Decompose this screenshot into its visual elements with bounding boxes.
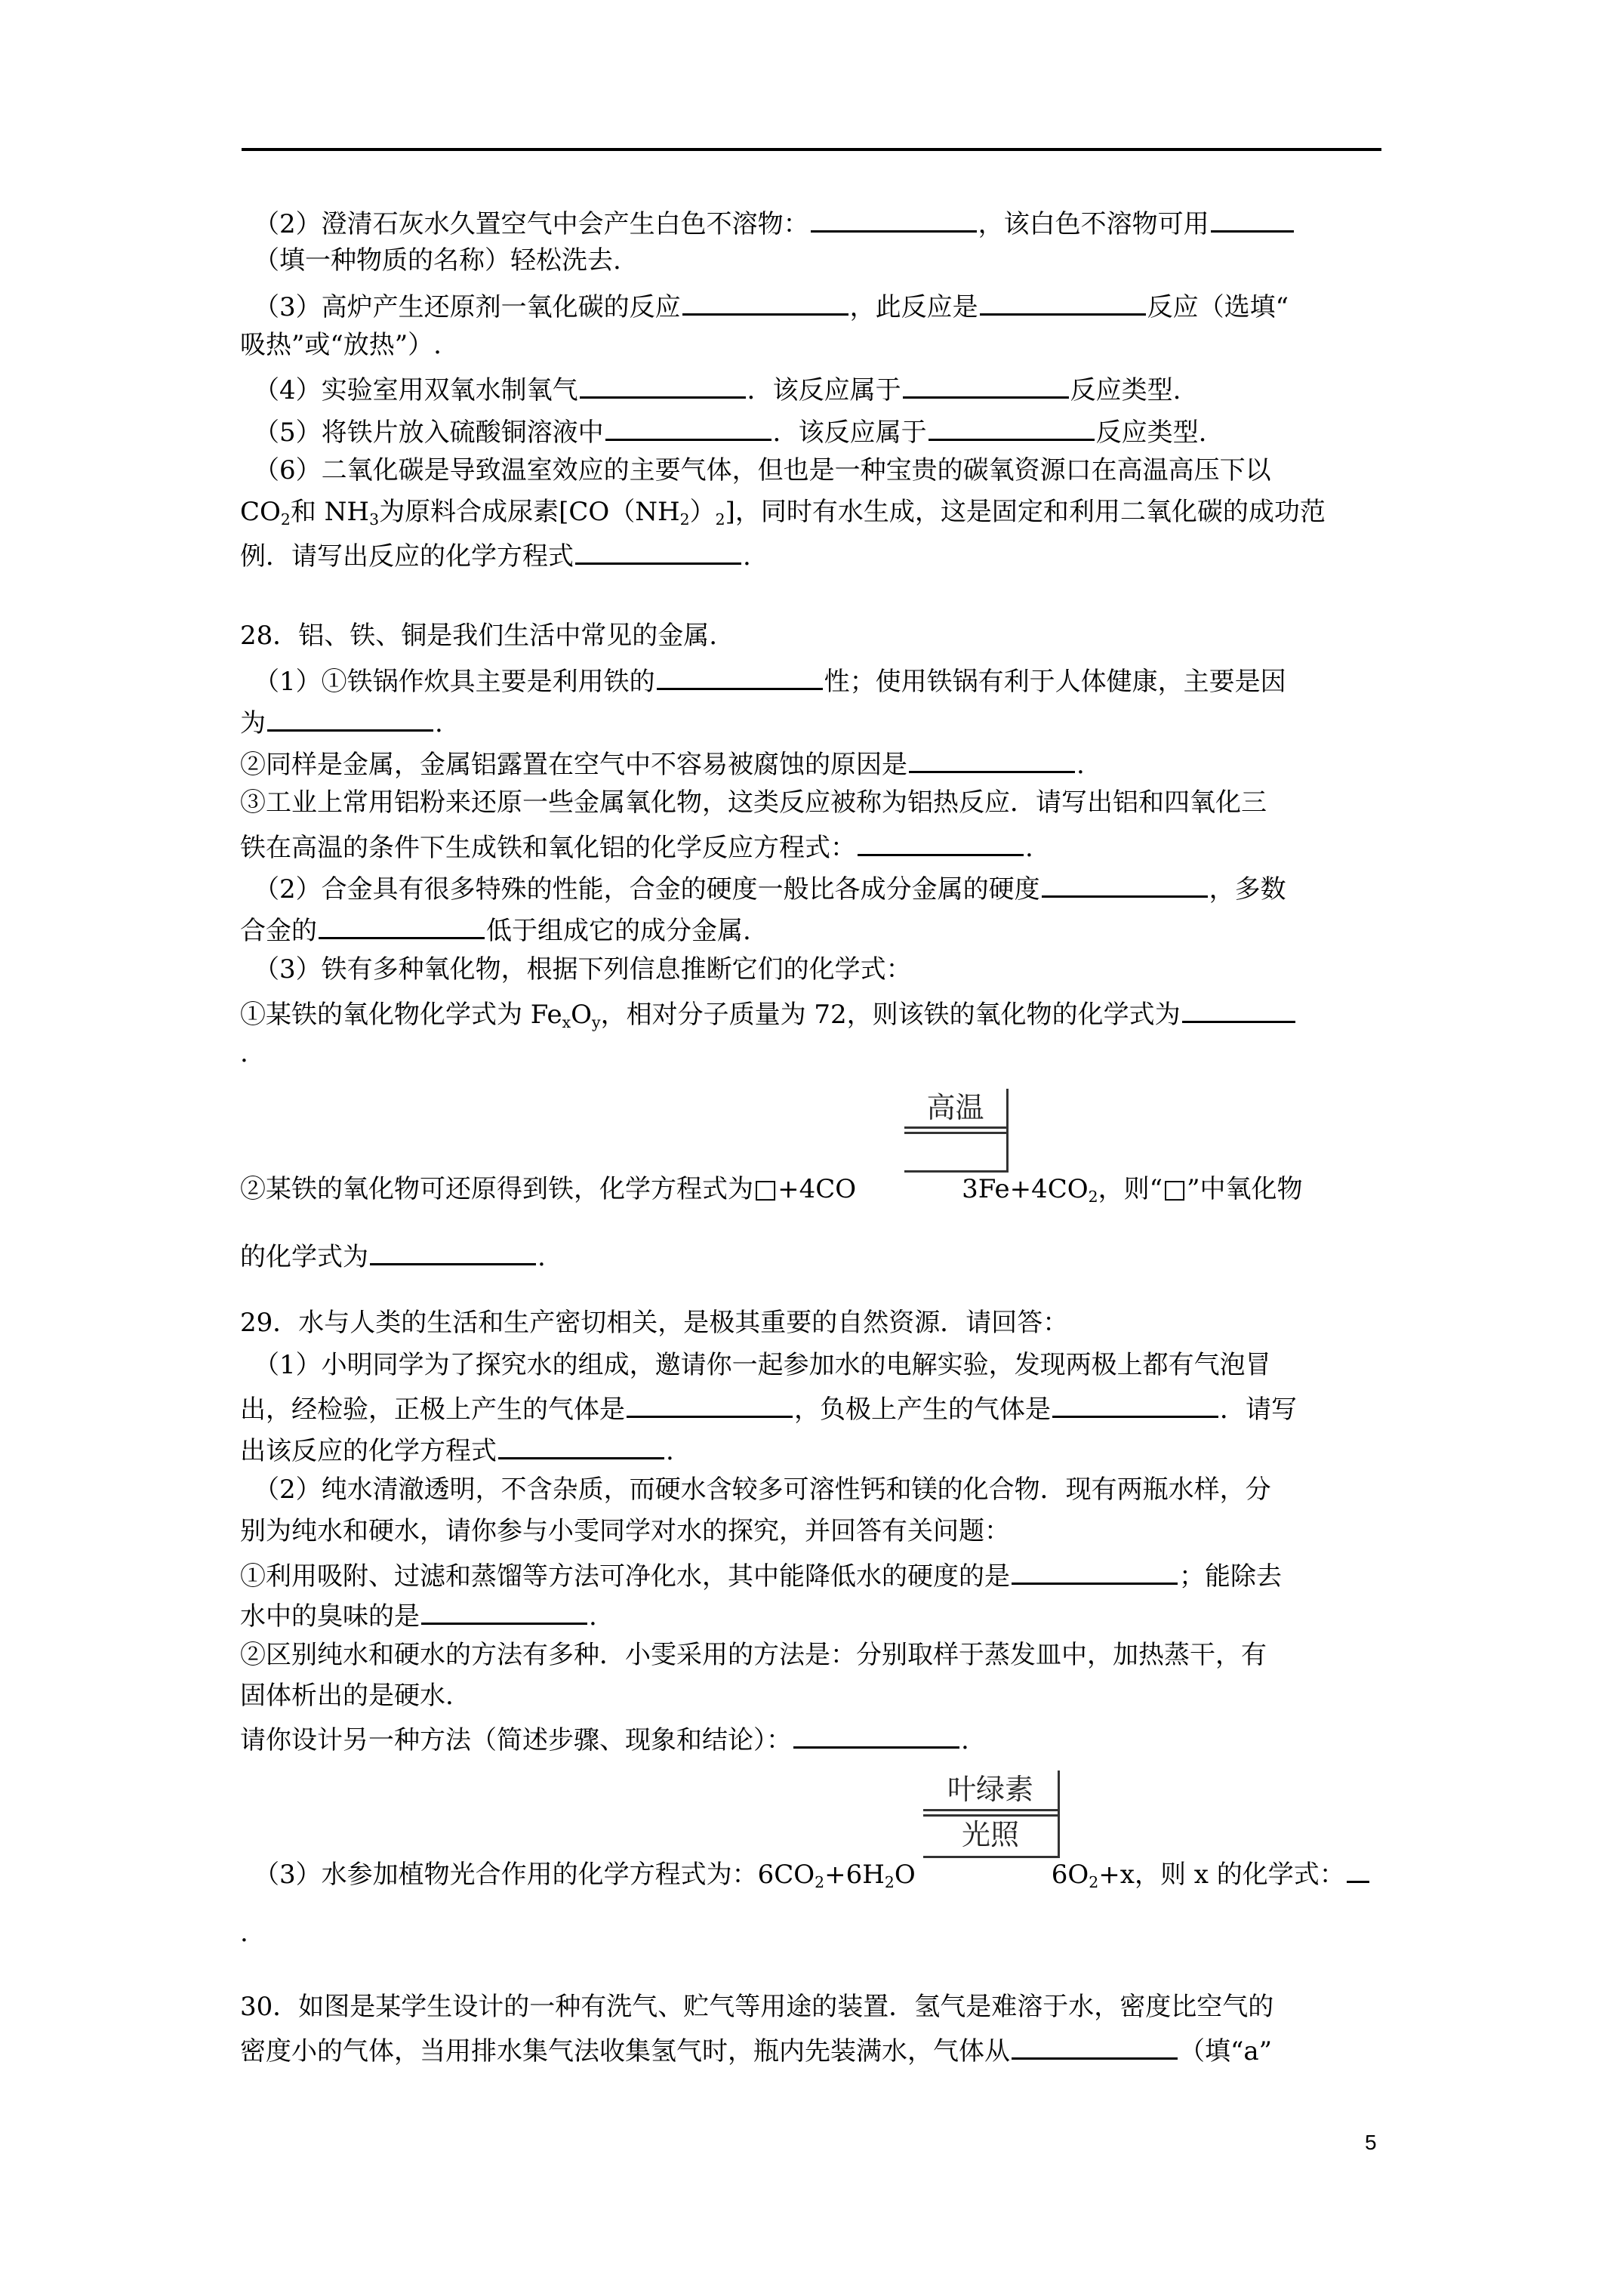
text: . xyxy=(435,708,443,738)
q30-line2: 密度小的气体，当用排水集气法收集氢气时，瓶内先装满水，气体从（填“a” xyxy=(240,2029,1381,2066)
formula: 为原料合成尿素[CO（NH xyxy=(379,497,680,527)
q28-part3-intro: （3）铁有多种氧化物，根据下列信息推断它们的化学式： xyxy=(254,951,1395,988)
text: 别为纯水和硬水，请你参与小雯同学对水的探究，并回答有关问题： xyxy=(240,1516,1010,1546)
text: ．该反应属于 xyxy=(773,418,927,448)
question-title: 30．如图是某学生设计的一种有洗气、贮气等用途的装置．氢气是难溶于水，密度比空气… xyxy=(240,1992,1273,2022)
text: （3）高炉产生还原剂一氧化碳的反应 xyxy=(254,292,681,322)
text: ．该反应属于 xyxy=(747,375,901,405)
q27-part3-line2: 吸热”或“放热”）. xyxy=(240,326,1381,364)
text: 性；使用铁锅有利于人体健康，主要是因 xyxy=(824,667,1286,697)
subscript: 2 xyxy=(1089,1188,1098,1206)
text: ①利用吸附、过滤和蒸馏等方法可净化水，其中能降低水的硬度的是 xyxy=(240,1561,1010,1592)
answer-blank[interactable] xyxy=(1042,867,1208,898)
reaction-condition-high-temp: 高温 xyxy=(904,1089,1009,1173)
q29-part3-line2: . xyxy=(240,1914,1381,1952)
text: 出该反应的化学方程式 xyxy=(240,1436,497,1466)
formula: ） xyxy=(690,497,716,527)
q29-part2-sub2-line2: 固体析出的是硬水. xyxy=(240,1677,1381,1715)
condition-label: 高温 xyxy=(904,1089,1006,1126)
text: （5）将铁片放入硫酸铜溶液中 xyxy=(254,418,604,448)
text: （1）小明同学为了探究水的组成，邀请你一起参加水的电解实验，发现两极上都有气泡冒 xyxy=(254,1350,1271,1380)
text: ，该白色不溶物可用 xyxy=(978,209,1209,239)
subscript: 2 xyxy=(716,510,725,529)
text: ，则“□”中氧化物 xyxy=(1098,1174,1303,1204)
text: （填“a” xyxy=(1179,2036,1272,2066)
text: ，相对分子质量为 72，则该铁的氧化物的化学式为 xyxy=(601,1000,1181,1030)
condition-label-bottom: 光照 xyxy=(923,1816,1058,1854)
text: . xyxy=(1076,750,1085,780)
q28-part1-sub3-line2: 铁在高温的条件下生成铁和氧化铝的化学反应方程式：. xyxy=(240,825,1381,863)
text: ②某铁的氧化物可还原得到铁，化学方程式为□+4CO xyxy=(240,1174,856,1204)
text: ]，同时有水生成，这是固定和利用二氧化碳的成功范 xyxy=(725,497,1326,527)
condition-label-top: 叶绿素 xyxy=(923,1771,1058,1808)
text: （1）①铁锅作炊具主要是利用铁的 xyxy=(254,667,655,697)
text: . xyxy=(961,1725,969,1755)
answer-blank[interactable] xyxy=(575,534,741,565)
q29-part1-line3: 出该反应的化学方程式. xyxy=(240,1428,1381,1466)
equals-sign xyxy=(904,1126,1006,1134)
text: 的化学式为 xyxy=(240,1242,368,1272)
answer-blank[interactable] xyxy=(421,1594,587,1625)
reaction-condition-photosynthesis: 叶绿素 光照 xyxy=(923,1771,1060,1858)
answer-blank[interactable] xyxy=(657,659,823,690)
answer-blank[interactable] xyxy=(1012,1554,1178,1585)
formula: 和 NH xyxy=(291,497,369,527)
text: 为 xyxy=(240,708,266,738)
q28-title: 28．铝、铁、铜是我们生活中常见的金属. xyxy=(240,617,1381,655)
subscript: 2 xyxy=(885,1873,895,1891)
answer-blank[interactable] xyxy=(909,742,1075,773)
q29-part2-sub1-line1: ①利用吸附、过滤和蒸馏等方法可净化水，其中能降低水的硬度的是；能除去 xyxy=(240,1554,1381,1592)
text: 密度小的气体，当用排水集气法收集氢气时，瓶内先装满水，气体从 xyxy=(240,2036,1010,2066)
answer-blank[interactable] xyxy=(682,285,848,316)
text: 反应（选填“ xyxy=(1147,292,1289,322)
answer-blank[interactable] xyxy=(1211,202,1294,233)
text: （2）澄清石灰水久置空气中会产生白色不溶物： xyxy=(254,209,809,239)
answer-blank[interactable] xyxy=(605,410,771,441)
answer-blank[interactable] xyxy=(811,202,977,233)
text: 反应类型. xyxy=(1096,418,1207,448)
q29-part2-sub1-line2: 水中的臭味的是. xyxy=(240,1594,1381,1632)
text: ；能除去 xyxy=(1179,1561,1282,1592)
subscript: y xyxy=(592,1013,601,1031)
text: 请你设计另一种方法（简述步骤、现象和结论）： xyxy=(240,1725,792,1755)
text: （3）铁有多种氧化物，根据下列信息推断它们的化学式： xyxy=(254,954,912,985)
subscript: x xyxy=(562,1013,571,1031)
text: （4）实验室用双氧水制氧气 xyxy=(254,375,578,405)
q29-part2-line1: （2）纯水清澈透明，不含杂质，而硬水含较多可溶性钙和镁的化合物．现有两瓶水样，分 xyxy=(254,1471,1395,1509)
q28-part1-line1: （1）①铁锅作炊具主要是利用铁的性；使用铁锅有利于人体健康，主要是因 xyxy=(254,659,1395,697)
q28-part3-sub1-end: . xyxy=(240,1034,1381,1072)
text: 合金的 xyxy=(240,916,317,946)
answer-blank[interactable] xyxy=(1347,1852,1369,1883)
text: +x，则 x 的化学式： xyxy=(1098,1860,1344,1890)
text: ，负极上产生的气体是 xyxy=(794,1395,1051,1425)
text: （2）纯水清澈透明，不含杂质，而硬水含较多可溶性钙和镁的化合物．现有两瓶水样，分 xyxy=(254,1475,1271,1505)
subscript: 2 xyxy=(680,510,690,529)
q28-part1-sub2: ②同样是金属，金属铝露置在空气中不容易被腐蚀的原因是. xyxy=(240,742,1381,780)
subscript: 3 xyxy=(369,510,379,529)
q29-part2-sub2-line3: 请你设计另一种方法（简述步骤、现象和结论）：. xyxy=(240,1718,1381,1755)
text: 低于组成它的成分金属. xyxy=(486,916,751,946)
answer-blank[interactable] xyxy=(1012,2029,1178,2060)
subscript: 2 xyxy=(1089,1873,1098,1891)
text: 例．请写出反应的化学方程式 xyxy=(240,541,574,572)
q27-part4: （4）实验室用双氧水制氧气．该反应属于反应类型. xyxy=(254,368,1395,405)
text: 水中的臭味的是 xyxy=(240,1601,420,1632)
q29-part1-line2: 出，经检验，正极上产生的气体是，负极上产生的气体是．请写 xyxy=(240,1387,1381,1425)
text: ②同样是金属，金属铝露置在空气中不容易被腐蚀的原因是 xyxy=(240,750,907,780)
q28-part3-sub2-line2: 的化学式为. xyxy=(240,1234,1381,1272)
text: . xyxy=(666,1436,674,1466)
formula: O xyxy=(571,1000,592,1030)
page-number: 5 xyxy=(1365,2131,1377,2155)
question-title: 29．水与人类的生活和生产密切相关，是极其重要的自然资源．请回答： xyxy=(240,1308,1068,1338)
text: 反应类型. xyxy=(1070,375,1181,405)
text: . xyxy=(240,1918,248,1948)
q27-part2-line1: （2）澄清石灰水久置空气中会产生白色不溶物：，该白色不溶物可用 xyxy=(254,202,1395,239)
subscript: 2 xyxy=(281,510,291,529)
q28-part3-sub2-line1: ②某铁的氧化物可还原得到铁，化学方程式为□+4CO3Fe+4CO2，则“□”中氧… xyxy=(240,1170,1381,1208)
text: （2）合金具有很多特殊的性能，合金的硬度一般比各成分金属的硬度 xyxy=(254,874,1040,905)
q27-part5: （5）将铁片放入硫酸铜溶液中．该反应属于反应类型. xyxy=(254,410,1395,448)
formula: O xyxy=(895,1860,916,1890)
text: . xyxy=(743,541,751,572)
text: （6）二氧化碳是导致温室效应的主要气体，但也是一种宝贵的碳氧资源口在高温高压下以 xyxy=(254,455,1271,485)
answer-blank[interactable] xyxy=(1052,1387,1218,1418)
answer-blank[interactable] xyxy=(627,1387,793,1418)
text: ，此反应是 xyxy=(850,292,978,322)
q29-title: 29．水与人类的生活和生产密切相关，是极其重要的自然资源．请回答： xyxy=(240,1304,1381,1342)
text: （填一种物质的名称）轻松洗去. xyxy=(254,245,621,276)
answer-blank[interactable] xyxy=(267,701,433,732)
text: 铁在高温的条件下生成铁和氧化铝的化学反应方程式： xyxy=(240,833,856,863)
text: . xyxy=(1025,833,1033,863)
answer-blank[interactable] xyxy=(498,1428,664,1459)
formula: CO xyxy=(240,497,281,527)
q28-part1-line2: 为. xyxy=(240,701,1381,738)
question-title: 28．铝、铁、铜是我们生活中常见的金属. xyxy=(240,621,717,651)
q27-part3-line1: （3）高炉产生还原剂一氧化碳的反应，此反应是反应（选填“ xyxy=(254,285,1395,322)
q28-part3-sub1: ①某铁的氧化物化学式为 FexOy，相对分子质量为 72，则该铁的氧化物的化学式… xyxy=(240,992,1381,1030)
formula: 6O xyxy=(1052,1860,1089,1890)
answer-blank[interactable] xyxy=(858,825,1024,856)
formula: 3Fe+4CO xyxy=(962,1174,1089,1204)
text: 出，经检验，正极上产生的气体是 xyxy=(240,1395,625,1425)
subscript: 2 xyxy=(815,1873,824,1891)
q29-part1-line1: （1）小明同学为了探究水的组成，邀请你一起参加水的电解实验，发现两极上都有气泡冒 xyxy=(254,1346,1395,1384)
text: . xyxy=(240,1038,248,1068)
text: . xyxy=(537,1242,546,1272)
q30-line1: 30．如图是某学生设计的一种有洗气、贮气等用途的装置．氢气是难溶于水，密度比空气… xyxy=(240,1988,1381,2026)
header-rule xyxy=(242,148,1381,151)
answer-blank[interactable] xyxy=(580,368,746,399)
q28-part1-sub3-line1: ③工业上常用铝粉来还原一些金属氧化物，这类反应被称为铝热反应．请写出铝和四氧化三 xyxy=(240,784,1381,821)
answer-blank[interactable] xyxy=(370,1234,536,1265)
text: ①某铁的氧化物化学式为 Fe xyxy=(240,1000,562,1030)
text: ③工业上常用铝粉来还原一些金属氧化物，这类反应被称为铝热反应．请写出铝和四氧化三 xyxy=(240,787,1267,818)
q29-part2-line2: 别为纯水和硬水，请你参与小雯同学对水的探究，并回答有关问题： xyxy=(240,1512,1381,1550)
text: ，多数 xyxy=(1209,874,1286,905)
formula: +6H xyxy=(824,1860,885,1890)
q28-part2-line1: （2）合金具有很多特殊的性能，合金的硬度一般比各成分金属的硬度，多数 xyxy=(254,867,1395,905)
answer-blank[interactable] xyxy=(929,410,1095,441)
q28-part2-line2: 合金的低于组成它的成分金属. xyxy=(240,908,1381,946)
text: 固体析出的是硬水. xyxy=(240,1681,454,1711)
q27-part2-line2: （填一种物质的名称）轻松洗去. xyxy=(254,242,1395,279)
text: 吸热”或“放热”）. xyxy=(240,330,442,360)
answer-blank[interactable] xyxy=(903,368,1069,399)
text: ②区别纯水和硬水的方法有多种．小雯采用的方法是：分别取样于蒸发皿中，加热蒸干，有 xyxy=(240,1640,1267,1670)
q29-part2-sub2-line1: ②区别纯水和硬水的方法有多种．小雯采用的方法是：分别取样于蒸发皿中，加热蒸干，有 xyxy=(240,1636,1381,1674)
answer-blank[interactable] xyxy=(980,285,1146,316)
text: . xyxy=(589,1601,597,1632)
q29-part3-line1: （3）水参加植物光合作用的化学方程式为：6CO2+6H2O6O2+x，则 x 的… xyxy=(254,1852,1395,1890)
answer-blank[interactable] xyxy=(319,908,485,939)
text: ．请写 xyxy=(1220,1395,1297,1425)
q27-part6-line2: CO2和 NH3为原料合成尿素[CO（NH2）2]，同时有水生成，这是固定和利用… xyxy=(240,493,1381,531)
q27-part6-line1: （6）二氧化碳是导致温室效应的主要气体，但也是一种宝贵的碳氧资源口在高温高压下以 xyxy=(254,451,1395,489)
answer-blank[interactable] xyxy=(1182,992,1295,1023)
q27-part6-line3: 例．请写出反应的化学方程式. xyxy=(240,534,1381,572)
formula: （3）水参加植物光合作用的化学方程式为：6CO xyxy=(254,1860,815,1890)
answer-blank[interactable] xyxy=(793,1718,959,1749)
